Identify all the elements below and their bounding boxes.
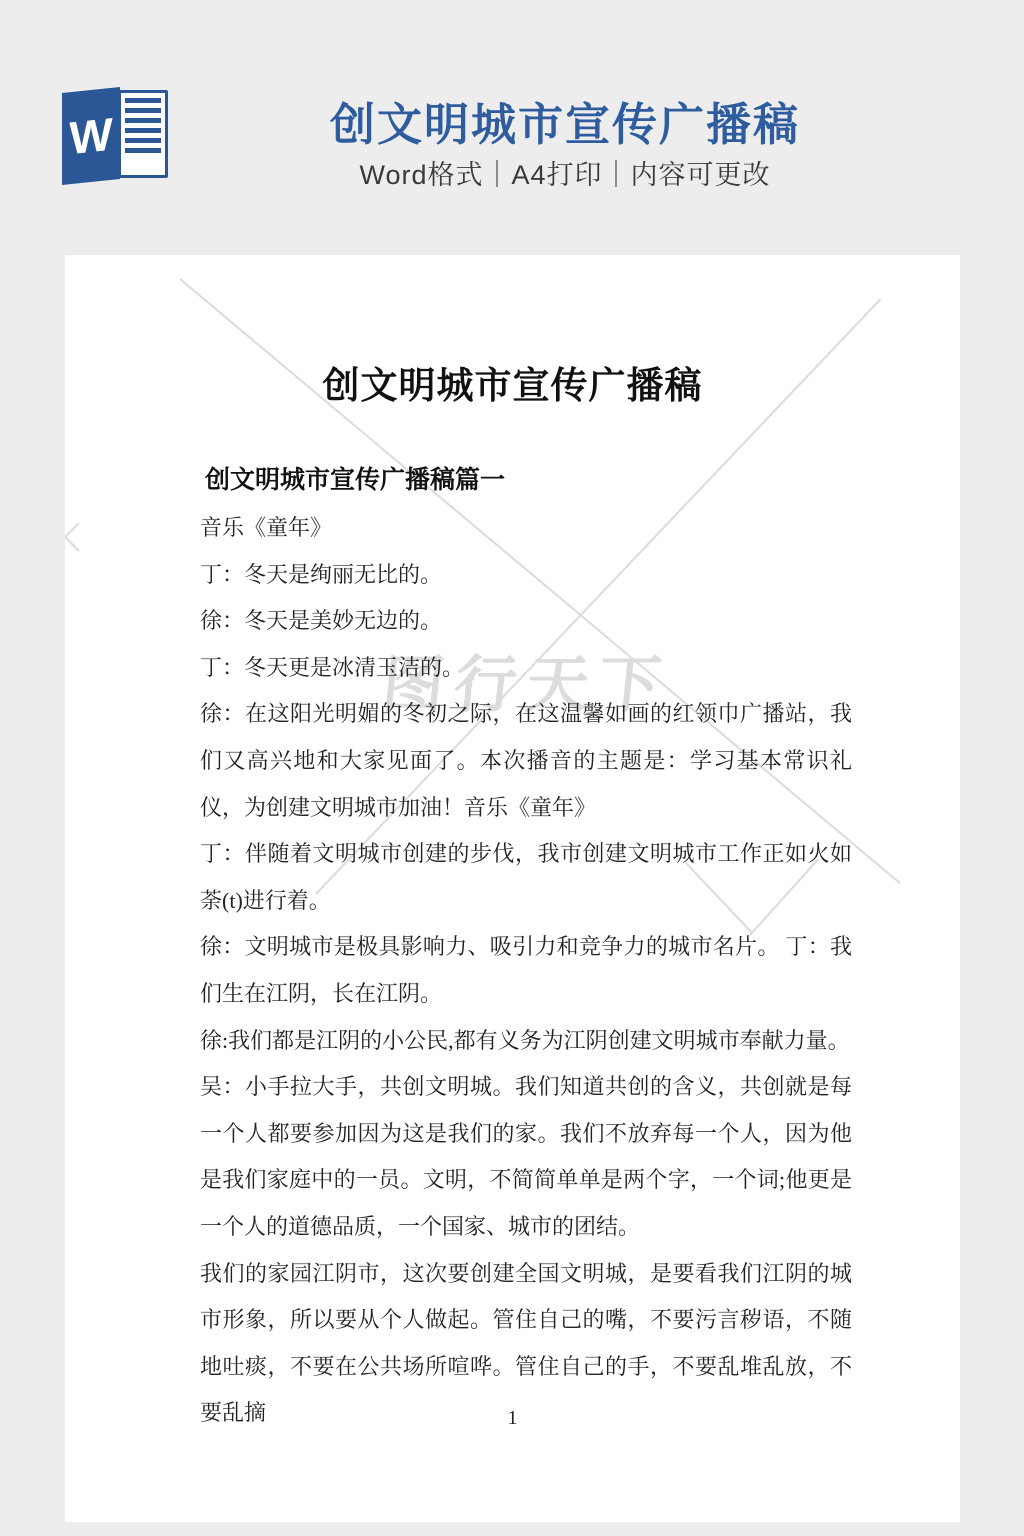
paragraph: 徐:我们都是江阴的小公民,都有义务为江阴创建文明城市奉献力量。 — [200, 1018, 852, 1065]
paragraph: 徐：冬天是美妙无边的。 — [200, 598, 852, 645]
header-title: 创文明城市宣传广播稿 — [106, 88, 1024, 153]
document-body: 音乐《童年》丁：冬天是绚丽无比的。徐：冬天是美妙无边的。丁：冬天更是冰清玉洁的。… — [200, 505, 852, 1437]
paragraph: 音乐《童年》 — [200, 505, 852, 552]
paragraph: 丁：伴随着文明城市创建的步伐，我市创建文明城市工作正如火如荼(t)进行着。 — [200, 831, 852, 924]
header-subtitle: Word格式｜A4打印｜内容可更改 — [106, 153, 1024, 192]
paragraph: 徐：文明城市是极具影响力、吸引力和竞争力的城市名片。 丁：我们生在江阴，长在江阴… — [200, 924, 852, 1017]
watermark-diagonal-line — [65, 536, 80, 552]
paragraph: 徐：在这阳光明媚的冬初之际，在这温馨如画的红领巾广播站，我们又高兴地和大家见面了… — [200, 691, 852, 831]
document-page: 图行天下 创文明城市宣传广播稿 创文明城市宣传广播稿篇一 音乐《童年》丁：冬天是… — [65, 255, 960, 1522]
paragraph: 吴：小手拉大手，共创文明城。我们知道共创的含义，共创就是每一个人都要参加因为这是… — [200, 1064, 852, 1250]
document-title: 创文明城市宣传广播稿 — [65, 355, 960, 409]
watermark-diagonal-line — [65, 522, 80, 538]
template-preview-canvas: W 创文明城市宣传广播稿 Word格式｜A4打印｜内容可更改 图行天下 创文明城… — [0, 0, 1024, 1536]
section-heading: 创文明城市宣传广播稿篇一 — [205, 460, 505, 496]
paragraph: 丁：冬天是绚丽无比的。 — [200, 552, 852, 599]
page-number: 1 — [65, 1407, 960, 1430]
paragraph: 丁：冬天更是冰清玉洁的。 — [200, 645, 852, 692]
